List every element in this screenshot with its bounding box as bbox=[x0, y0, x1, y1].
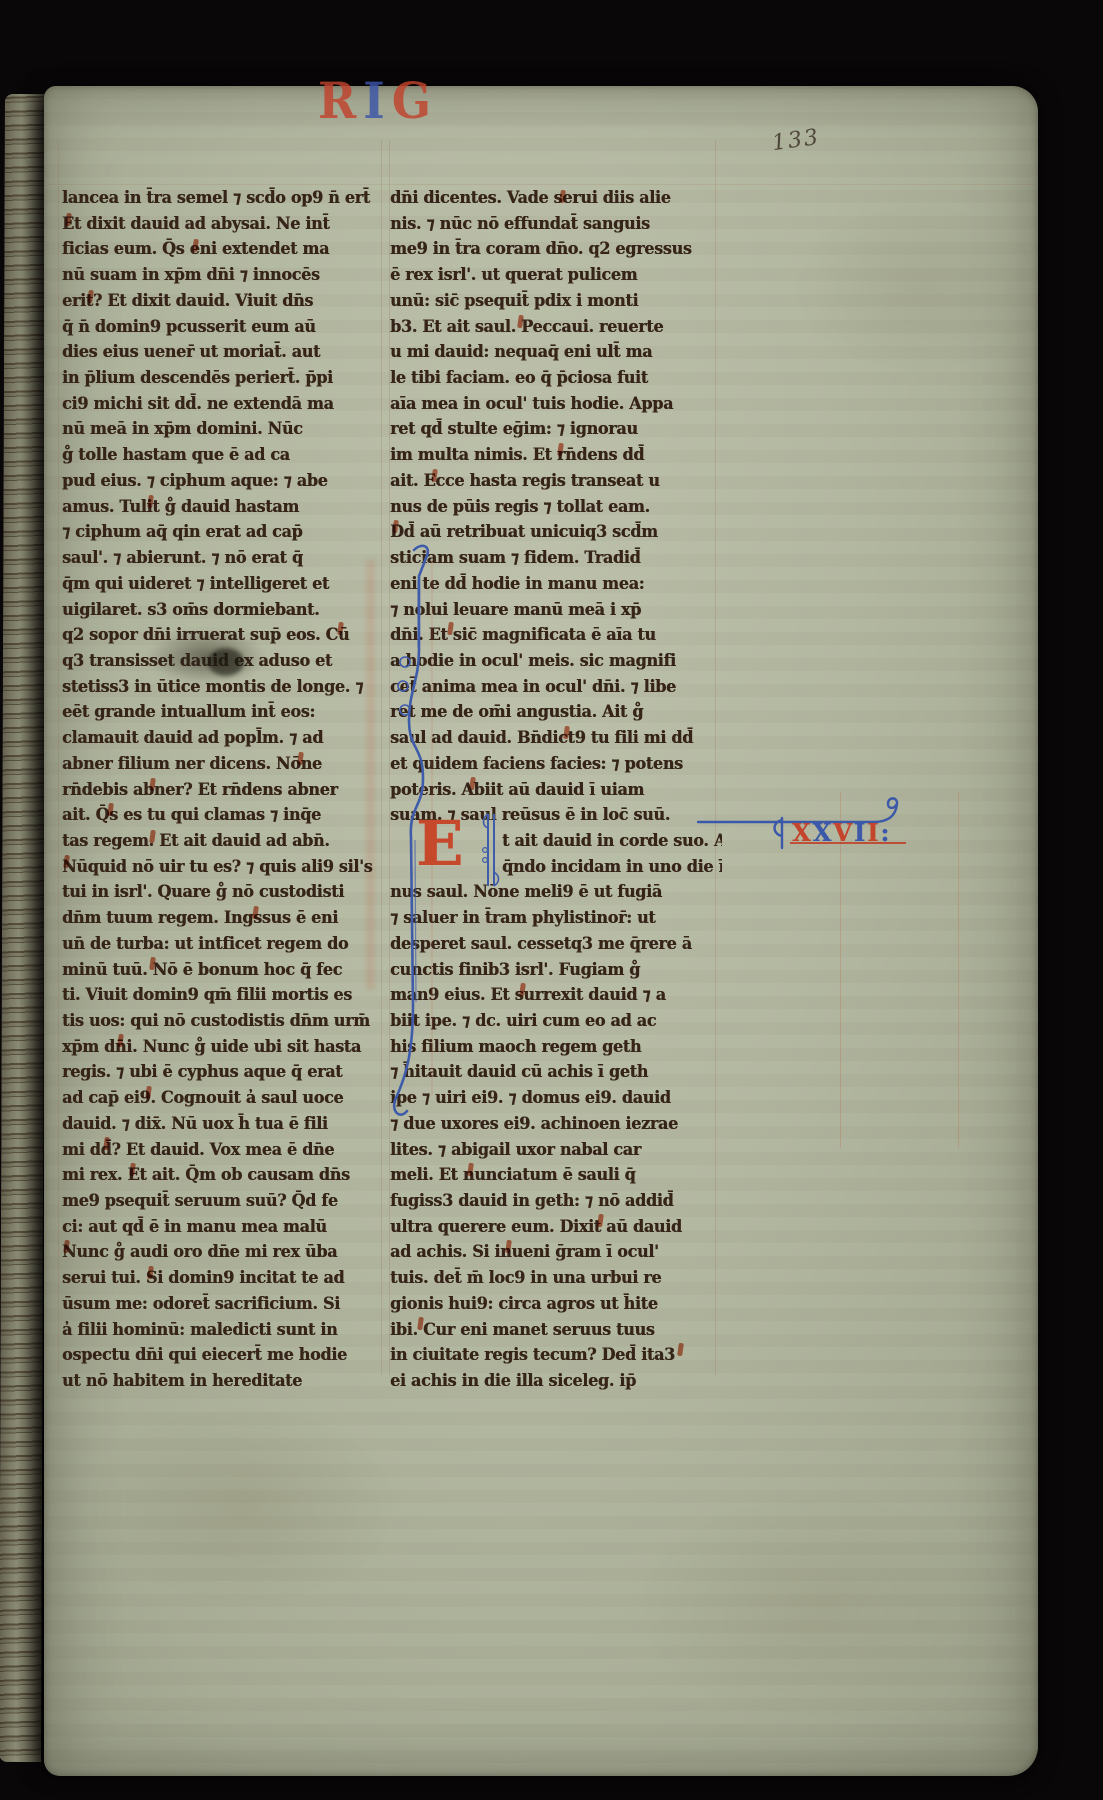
text-line: xp̄m dn̄i. Nunc g̊ uide ubi sit hasta bbox=[62, 1033, 386, 1059]
text-line: ipe ⁊ uiri ei9. ⁊ domus ei9. dauid bbox=[390, 1085, 722, 1111]
text-line: ⁊ saluer in t̄ram phylistinor̄: ut bbox=[390, 905, 722, 931]
text-line: dies eius uener̄ ut moriat̄. aut bbox=[62, 339, 386, 365]
text-line: tas regem. Et ait dauid ad abn̄. bbox=[62, 828, 386, 854]
text-line: rn̄debis abner? Et rn̄dens abner bbox=[62, 776, 386, 802]
text-line: nus saul. Nōne meli9 ē ut fugiā bbox=[390, 879, 722, 905]
text-line: le tibi faciam. eo q̄ p̄ciosa fuit bbox=[390, 365, 722, 391]
text-line: ei achis in die illa siceleg. ip̄ bbox=[390, 1368, 722, 1394]
chapter-initial-E: E bbox=[416, 812, 486, 880]
text-line: im multa nimis. Et rn̄dens dd̄ bbox=[390, 442, 722, 468]
text-line: ti. Viuit domin9 qm̄ filii mortis es bbox=[62, 982, 386, 1008]
text-line: ut nō habitem in hereditate bbox=[62, 1368, 386, 1394]
text-line: ūsum me: odoret̄ sacrificium. Si bbox=[62, 1291, 386, 1317]
text-column-right: dn̄i dicentes. Vade serui diis alienis. … bbox=[390, 185, 722, 1394]
running-title: RIG bbox=[318, 74, 438, 130]
text-line: ci9 michi sit dd̄. ne extendā ma bbox=[62, 390, 386, 416]
text-line: ret me de om̄i angustia. Ait g̊ bbox=[390, 699, 722, 725]
text-line: erit? Et dixit dauid. Viuit dn̄s bbox=[62, 287, 386, 313]
ink-stain-core bbox=[208, 648, 244, 676]
text-line: ⁊ ciphum aq̄ qin erat ad cap̄ bbox=[62, 519, 386, 545]
text-line: nis. ⁊ nūc nō effundat̄ sanguis bbox=[390, 210, 722, 236]
text-line: ē rex isrl'. ut querat pulicem bbox=[390, 262, 722, 288]
text-line: nū meā in xp̄m domini. Nūc bbox=[62, 416, 386, 442]
text-line: abner filium ner dicens. Nōne bbox=[62, 750, 386, 776]
text-line: in ciuitate regis tecum? Ded̄ ita3 bbox=[390, 1342, 722, 1368]
text-line: Nūquid nō uir tu es? ⁊ quis ali9 sil's bbox=[62, 853, 386, 879]
text-line: ad achis. Si inueni ḡram ī ocul' bbox=[390, 1239, 722, 1265]
text-line: lites. ⁊ abigail uxor nabal car bbox=[390, 1136, 722, 1162]
text-line: eni te dd̄ hodie in manu mea: bbox=[390, 570, 722, 596]
ink-stain bbox=[148, 630, 266, 684]
text-line: et quidem faciens facies: ⁊ potens bbox=[390, 750, 722, 776]
text-line: Et dixit dauid ad abysai. Ne int̄ bbox=[62, 210, 386, 236]
text-line: ad cap̄ ei9. Cognouit a̓ saul uoce bbox=[62, 1085, 386, 1111]
text-line: regis. ⁊ ubi ē cyphus aque q̄ erat bbox=[62, 1059, 386, 1085]
text-line: minū tuū. Nō ē bonum hoc q̄ fec bbox=[62, 956, 386, 982]
text-line: amus. Tulit g̊ dauid hastam bbox=[62, 493, 386, 519]
text-line: a hodie in ocul' meis. sic magnifi bbox=[390, 648, 722, 674]
text-line: dn̄m tuum regem. Ingssus ē eni bbox=[62, 905, 386, 931]
text-line: pud eius. ⁊ ciphum aque: ⁊ abe bbox=[62, 468, 386, 494]
text-line: ⁊ nolui leuare manū meā i xp̄ bbox=[390, 596, 722, 622]
text-line: his filium maoch regem geth bbox=[390, 1033, 722, 1059]
text-line: q̄ n̄ domin9 pcusserit eum aū bbox=[62, 313, 386, 339]
text-line: me9 in t̄ra coram dn̄o. q2 egressus bbox=[390, 236, 722, 262]
text-line: ci: aut qd̄ ē in manu mea malū bbox=[62, 1213, 386, 1239]
text-line: gionis hui9: circa agros ut h̄ite bbox=[390, 1291, 722, 1317]
text-line: a̓ filii hominū: maledicti sunt in bbox=[62, 1316, 386, 1342]
running-title-letter: I bbox=[363, 72, 392, 130]
text-line: cunctis finib3 isrl'. Fugiam g̊ bbox=[390, 956, 722, 982]
running-title-letter: G bbox=[392, 72, 438, 130]
text-line: serui tui. Si domin9 incitat te ad bbox=[62, 1265, 386, 1291]
text-line: biit ipe. ⁊ dc. uiri cum eo ad ac bbox=[390, 1008, 722, 1034]
text-line: Dd̄ aū retribuat unicuiq3 scd̄m bbox=[390, 519, 722, 545]
text-line: saul'. ⁊ abierunt. ⁊ nō erat q̄ bbox=[62, 545, 386, 571]
text-line: u mi dauid: nequaq̄ eni ult̄ ma bbox=[390, 339, 722, 365]
ruling-line-red bbox=[958, 792, 959, 1148]
text-line: lancea in t̄ra semel ⁊ scd̄o op9 n̄ ert̄ bbox=[62, 185, 386, 211]
text-line: ret qd̄ stulte eḡim: ⁊ ignorau bbox=[390, 416, 722, 442]
text-line: clamauit dauid ad popl̄m. ⁊ ad bbox=[62, 725, 386, 751]
text-line: unū: sic̄ psequit̄ pdix i monti bbox=[390, 287, 722, 313]
text-line: sticiam suam ⁊ fidem. Tradid̄ bbox=[390, 545, 722, 571]
text-line: nus de pūis regis ⁊ tollat eam. bbox=[390, 493, 722, 519]
book-edge-pages bbox=[0, 94, 47, 1762]
text-column-left: lancea in t̄ra semel ⁊ scd̄o op9 n̄ ert̄… bbox=[62, 185, 386, 1394]
text-line: nū suam in xp̄m dn̄i ⁊ innocēs bbox=[62, 262, 386, 288]
text-line: Nunc g̊ audi oro dn̄e mi rex ūba bbox=[62, 1239, 386, 1265]
text-line: fugiss3 dauid in geth: ⁊ nō addid̄ bbox=[390, 1188, 722, 1214]
text-line: ospectu dn̄i qui eiecert̄ me hodie bbox=[62, 1342, 386, 1368]
text-line: mi rex. Et ait. Q̄m ob causam dn̄s bbox=[62, 1162, 386, 1188]
text-line: poteris. Abiit aū dauid ī uiam bbox=[390, 776, 722, 802]
text-line: aīa mea in ocul' tuis hodie. Appa bbox=[390, 390, 722, 416]
photo-background: RIG 133 lancea in t̄ra semel ⁊ scd̄o op9… bbox=[0, 0, 1103, 1800]
text-line: ⁊ h̄itauit dauid cū achis ī geth bbox=[390, 1059, 722, 1085]
text-line: me9 psequit̄ seruum suū? Q̄d fe bbox=[62, 1188, 386, 1214]
ruling-line bbox=[58, 140, 59, 1375]
text-line: mi dd̄? Et dauid. Vox mea ē dn̄e bbox=[62, 1136, 386, 1162]
text-line: uigilaret. s3 om̄s dormiebant. bbox=[62, 596, 386, 622]
text-line: eēt grande intuallum int̄ eos: bbox=[62, 699, 386, 725]
text-line: q̄m qui uideret ⁊ intelligeret et bbox=[62, 570, 386, 596]
text-line: meli. Et nunciatum ē sauli q̄ bbox=[390, 1162, 722, 1188]
text-line: ⁊ due uxores ei9. achinoen iezrae bbox=[390, 1110, 722, 1136]
text-line: tis uos: qui nō custodistis dn̄m urm̄ bbox=[62, 1008, 386, 1034]
text-line: in p̄lium descendēs periert̄. p̄pi bbox=[62, 365, 386, 391]
chapter-number-underline bbox=[790, 842, 906, 844]
text-line: un̄ de turba: ut intficet regem do bbox=[62, 930, 386, 956]
text-line: man9 eius. Et surrexit dauid ⁊ a bbox=[390, 982, 722, 1008]
text-line: tui in isrl'. Quare g̊ nō custodisti bbox=[62, 879, 386, 905]
text-line: dauid. ⁊ dix̄. Nū uox h̄ tua ē fili bbox=[62, 1110, 386, 1136]
text-line: ait. Ecce hasta regis transeat u bbox=[390, 468, 722, 494]
text-line: ficias eum. Q̄s eni extendet ma bbox=[62, 236, 386, 262]
text-line: dn̄i. Et sic̄ magnificata ē aīa tu bbox=[390, 622, 722, 648]
text-line: dn̄i dicentes. Vade serui diis alie bbox=[390, 185, 722, 211]
text-line: ultra querere eum. Dixit aū dauid bbox=[390, 1213, 722, 1239]
text-line: tuis. det̄ m̄ loc9 in una urbui re bbox=[390, 1265, 722, 1291]
text-line: ibi. Cur eni manet seruus tuus bbox=[390, 1316, 722, 1342]
text-line: desperet saul. cessetq3 me q̄rere ā bbox=[390, 930, 722, 956]
text-line: b3. Et ait saul. Peccaui. reuerte bbox=[390, 313, 722, 339]
text-line: g̊ tolle hastam que ē ad ca bbox=[62, 442, 386, 468]
text-line: cet̄ anima mea in ocul' dn̄i. ⁊ libe bbox=[390, 673, 722, 699]
text-line: saul ad dauid. Bn̄dict9 tu fili mi dd̄ bbox=[390, 725, 722, 751]
running-title-letter: R bbox=[318, 72, 363, 130]
